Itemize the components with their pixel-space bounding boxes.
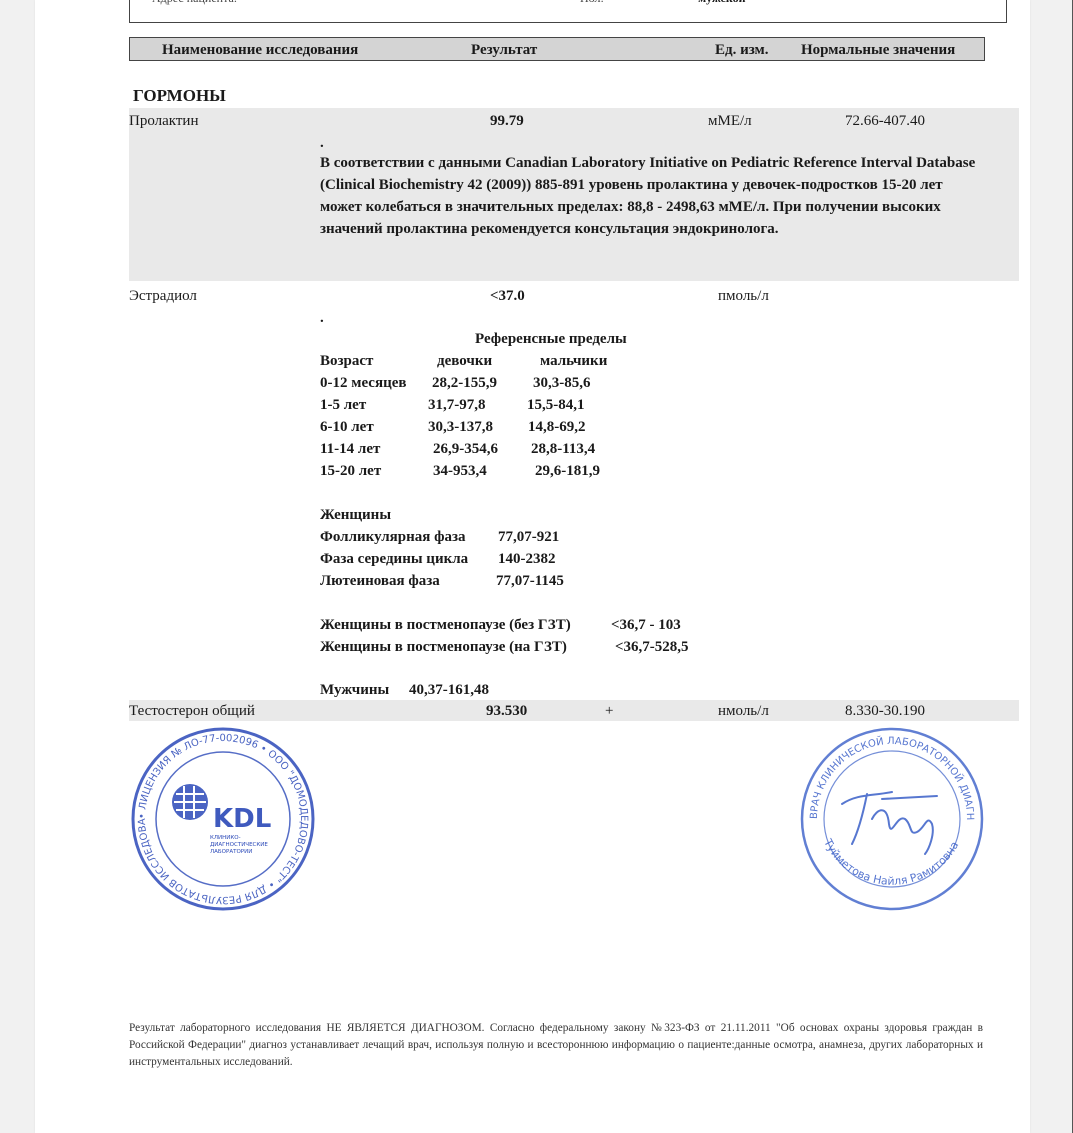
- ref-postmeno-value: <36,7-528,5: [615, 638, 689, 656]
- ref-phase: Фолликулярная фаза: [320, 528, 466, 546]
- test-name-estradiol: Эстрадиол: [129, 287, 197, 305]
- test-result-estradiol: <37.0: [490, 287, 525, 305]
- test-result-testosterone: 93.530: [486, 702, 527, 720]
- svg-text:ДИАГНОСТИЧЕСКИЕ: ДИАГНОСТИЧЕСКИЕ: [210, 842, 268, 848]
- ref-col-girls: девочки: [437, 352, 492, 370]
- test-unit-estradiol: пмоль/л: [718, 287, 769, 305]
- svg-text:КЛИНИКО-: КЛИНИКО-: [210, 835, 241, 841]
- svg-text:Туйметова Найля Рамитовна: Туйметова Найля Рамитовна: [821, 836, 962, 888]
- ref-boys: 29,6-181,9: [535, 462, 600, 480]
- ref-col-boys: мальчики: [540, 352, 607, 370]
- section-title-hormones: ГОРМОНЫ: [133, 86, 226, 106]
- header-result: Результат: [471, 41, 537, 59]
- ref-postmeno-value: <36,7 - 103: [611, 616, 681, 634]
- kdl-lab-stamp: • ЛИЦЕНЗИЯ № ЛО-77-002096 • ООО "ДОМОДЕД…: [128, 724, 318, 919]
- ref-phase: Фаза середины цикла: [320, 550, 468, 568]
- kdl-globe-icon: [172, 784, 208, 820]
- header-test-name: Наименование исследования: [162, 41, 358, 59]
- results-table-header: Наименование исследования Результат Ед. …: [129, 37, 985, 61]
- ref-phase: Лютеиновая фаза: [320, 572, 440, 590]
- ref-age: 11-14 лет: [320, 440, 380, 458]
- svg-text:ЛАБОРАТОРИИ: ЛАБОРАТОРИИ: [210, 849, 252, 855]
- ref-age: 0-12 месяцев: [320, 374, 406, 392]
- patient-info-box: Адрес пациента: Пол: мужской: [129, 0, 1007, 23]
- ref-phase-value: 77,07-921: [498, 528, 559, 546]
- document-page: Адрес пациента: Пол: мужской Наименовани…: [35, 0, 1030, 1133]
- reference-title: Референсные пределы: [475, 330, 627, 348]
- kdl-brand-text: KDL: [213, 804, 271, 834]
- ref-phase-value: 77,07-1145: [496, 572, 564, 590]
- sex-label: Пол:: [580, 0, 604, 5]
- test-name-prolactin: Пролактин: [129, 112, 198, 130]
- ref-women-title: Женщины: [320, 506, 391, 524]
- ref-boys: 14,8-69,2: [528, 418, 586, 436]
- ref-phase-value: 140-2382: [498, 550, 556, 568]
- header-unit: Ед. изм.: [715, 41, 769, 59]
- sex-value: мужской: [698, 0, 746, 5]
- ref-boys: 28,8-113,4: [531, 440, 595, 458]
- legal-disclaimer: Результат лабораторного исследования НЕ …: [129, 1020, 983, 1071]
- ref-men-value: 40,37-161,48: [409, 681, 489, 699]
- ref-age: 6-10 лет: [320, 418, 374, 436]
- test-result-prolactin: 99.79: [490, 112, 524, 130]
- ref-men: Мужчины: [320, 681, 389, 699]
- ref-boys: 30,3-85,6: [533, 374, 591, 392]
- ref-postmeno: Женщины в постменопаузе (без ГЗТ): [320, 616, 571, 634]
- prolactin-note: В соответствии с данными Canadian Labora…: [320, 152, 985, 240]
- address-label: Адрес пациента:: [152, 0, 237, 5]
- ref-girls: 30,3-137,8: [428, 418, 493, 436]
- test-normal-testosterone: 8.330-30.190: [845, 702, 925, 720]
- ref-girls: 28,2-155,9: [432, 374, 497, 392]
- note-dot: .: [320, 309, 324, 327]
- doctor-stamp-title: ВРАЧ КЛИНИЧЕСКОЙ ЛАБОРАТОРНОЙ ДИАГНОСТИК…: [797, 724, 975, 821]
- doctor-signature-stamp: ВРАЧ КЛИНИЧЕСКОЙ ЛАБОРАТОРНОЙ ДИАГНОСТИК…: [797, 724, 987, 919]
- svg-text:ВРАЧ КЛИНИЧЕСКОЙ ЛАБОРАТОРНОЙ: ВРАЧ КЛИНИЧЕСКОЙ ЛАБОРАТОРНОЙ ДИАГНОСТИК…: [797, 724, 975, 821]
- ref-girls: 26,9-354,6: [433, 440, 498, 458]
- doctor-stamp-name: Туйметова Найля Рамитовна: [821, 836, 962, 888]
- ref-age: 1-5 лет: [320, 396, 366, 414]
- test-unit-prolactin: мМЕ/л: [708, 112, 752, 130]
- test-flag-testosterone: +: [605, 702, 613, 720]
- header-normal: Нормальные значения: [801, 41, 955, 59]
- ref-girls: 34-953,4: [433, 462, 487, 480]
- ref-boys: 15,5-84,1: [527, 396, 585, 414]
- ref-col-age: Возраст: [320, 352, 373, 370]
- note-dot: .: [320, 134, 324, 152]
- test-unit-testosterone: нмоль/л: [718, 702, 769, 720]
- test-normal-prolactin: 72.66-407.40: [845, 112, 925, 130]
- ref-girls: 31,7-97,8: [428, 396, 486, 414]
- test-name-testosterone: Тестостерон общий: [129, 702, 255, 720]
- signature-icon: [842, 792, 937, 854]
- ref-age: 15-20 лет: [320, 462, 381, 480]
- ref-postmeno: Женщины в постменопаузе (на ГЗТ): [320, 638, 567, 656]
